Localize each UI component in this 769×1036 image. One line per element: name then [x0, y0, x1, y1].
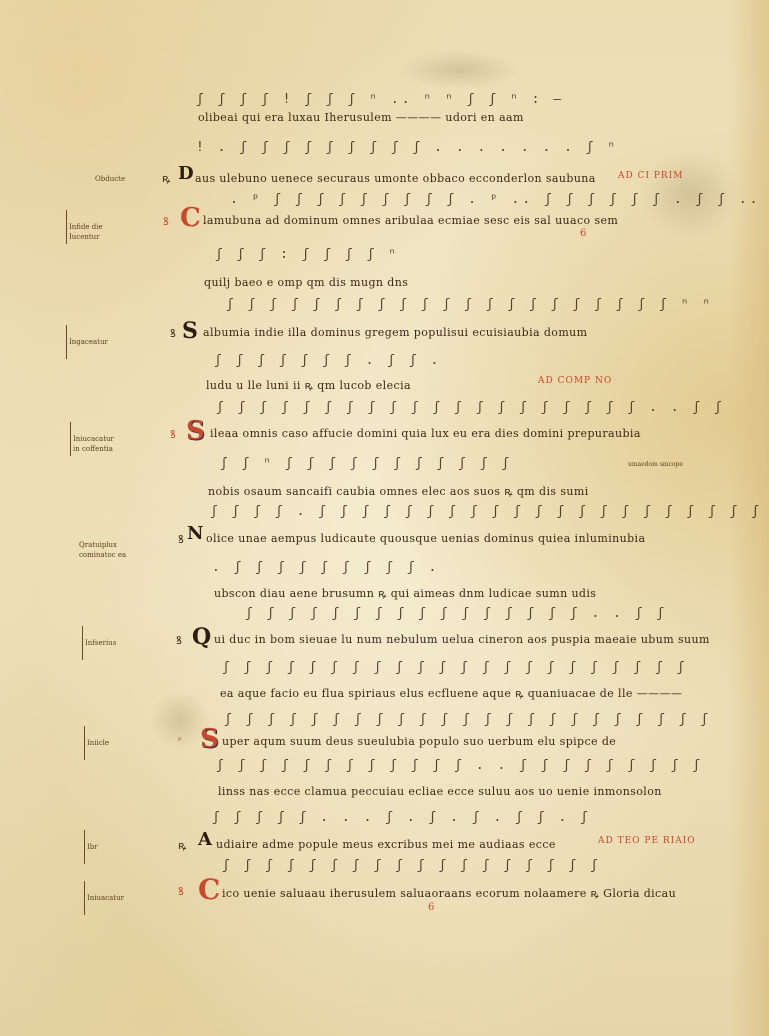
neume-row: ʃ ʃ ʃ ʃ ʃ ʃ ʃ . ʃ ʃ . [214, 353, 441, 368]
interlinear-gloss: umaedom smcope [628, 460, 683, 470]
rubric-label: AD COMP NO [538, 376, 612, 386]
chant-text-line: ileaa omnis caso affucie domini quia lux… [210, 427, 641, 440]
antiphon-mark: ꝸ [178, 532, 184, 547]
neume-row: ʃ ʃ ʃ ʃ ! ʃ ʃ ʃ ⁿ .. ⁿ ⁿ ʃ ʃ ⁿ : — [196, 92, 564, 107]
verse-mark: ꝶ [178, 838, 186, 853]
neume-row: ʃ ʃ ʃ ʃ ʃ ʃ ʃ ʃ ʃ ʃ ʃ ʃ . . ʃ ʃ ʃ ʃ ʃ ʃ … [216, 758, 703, 773]
neume-row: ʃ ʃ ʃ ʃ ʃ ʃ ʃ ʃ ʃ ʃ ʃ ʃ ʃ ʃ ʃ ʃ ʃ ʃ ʃ ʃ … [224, 712, 711, 727]
initial-s-decorated: S [186, 418, 205, 444]
neume-row: ʃ ʃ ʃ ʃ ʃ ʃ ʃ ʃ ʃ ʃ ʃ ʃ ʃ ʃ ʃ ʃ . . ʃ ʃ [245, 606, 667, 621]
chant-text-line: uper aqum suum deus sueulubia populo suo… [222, 735, 616, 748]
margin-note: Ibr [84, 842, 98, 852]
initial-s: S [182, 320, 198, 342]
margin-note: Qratuiplux cominatoc ea [76, 540, 126, 560]
chant-text-line: quilj baeo e omp qm dis mugn dns [204, 276, 408, 289]
antiphon-mark: ꝸ [170, 427, 176, 442]
margin-note: Iniucacatur in coffentia [70, 434, 114, 454]
verse-mark: ꝶ [162, 171, 170, 186]
initial-s-decorated: S [200, 726, 219, 752]
rubric-label: AD CI PRIM [618, 171, 683, 181]
initial-n: N [187, 525, 203, 543]
neume-row: . ʃ ʃ ʃ ʃ ʃ ʃ ʃ ʃ ʃ . [212, 560, 439, 575]
initial-q: Q [192, 626, 211, 648]
chant-text-line: albumia indie illa dominus gregem populi… [203, 326, 587, 339]
neume-row: . ᵖ ʃ ʃ ʃ ʃ ʃ ʃ ʃ ʃ ʃ . ᵖ .. ʃ ʃ ʃ ʃ ʃ ʃ… [230, 192, 769, 207]
antiphon-mark: ꝸ [170, 326, 176, 341]
margin-note: Infide die Iucentur [66, 222, 103, 242]
rubric-label: AD TEO PE RIAIO [598, 836, 696, 846]
antiphon-mark: ꝸ [176, 633, 182, 648]
neume-row: ʃ ʃ ʃ ʃ ʃ . . . ʃ . ʃ . ʃ . ʃ ʃ . ʃ [212, 810, 591, 825]
chant-text-line: ludu u lle luni ii ꝶ qm lucob elecia [206, 378, 411, 393]
neume-row: ʃ ʃ ʃ ʃ ʃ ʃ ʃ ʃ ʃ ʃ ʃ ʃ ʃ ʃ ʃ ʃ ʃ ʃ ʃ ʃ … [222, 660, 688, 675]
neume-row: ʃ ʃ ʃ : ʃ ʃ ʃ ʃ ⁿ [215, 247, 399, 262]
neume-row: ʃ ʃ ʃ ʃ . ʃ ʃ ʃ ʃ ʃ ʃ ʃ ʃ ʃ ʃ ʃ ʃ ʃ ʃ ʃ … [210, 504, 762, 519]
neume-row: ʃ ʃ ʃ ʃ ʃ ʃ ʃ ʃ ʃ ʃ ʃ ʃ ʃ ʃ ʃ ʃ ʃ ʃ [222, 858, 601, 873]
initial-c: C [180, 205, 201, 231]
neume-row: ʃ ʃ ʃ ʃ ʃ ʃ ʃ ʃ ʃ ʃ ʃ ʃ ʃ ʃ ʃ ʃ ʃ ʃ ʃ ʃ … [226, 297, 713, 312]
neume-row: ʃ ʃ ⁿ ʃ ʃ ʃ ʃ ʃ ʃ ʃ ʃ ʃ ʃ ʃ [220, 456, 512, 471]
antiphon-mark: ꝸ [163, 214, 169, 229]
stain [400, 50, 520, 90]
neume-row: ! . ʃ ʃ ʃ ʃ ʃ ʃ ʃ ʃ ʃ . . . . . . . ʃ ⁿ [196, 140, 618, 155]
margin-note: Ingaceatur [66, 337, 108, 347]
margin-note: Iniuacatur [84, 893, 124, 903]
chant-text-line: lamubuna ad dominum omnes aribulaa ecmia… [203, 214, 618, 227]
chant-text-line: ea aque facio eu flua spiriaus elus ecfl… [220, 686, 682, 701]
initial-c: C [198, 876, 220, 904]
antiphon-mark: ꝸ [178, 884, 184, 899]
chant-text-line: aus ulebuno uenece securaus umonte obbac… [195, 172, 596, 185]
chant-text-line: nobis osaum sancaifi caubia omnes elec a… [208, 484, 589, 499]
chant-text-line: olibeai qui era luxau Iherusulem ———— ud… [198, 111, 524, 124]
red-correction-mark: 6 [580, 228, 586, 239]
chant-text-line: linss nas ecce clamua peccuiau ecliae ec… [218, 785, 662, 798]
chant-text-line: ubscon diau aene brusumn ꝶ qui aimeas dn… [214, 586, 596, 601]
red-mark: ᵖ [178, 736, 182, 746]
margin-note: Infserius [82, 638, 116, 648]
initial-a: A [198, 831, 212, 849]
margin-note: Iniicle [84, 738, 109, 748]
chant-text-line: olice unae aempus ludicaute quousque uen… [206, 532, 645, 545]
chant-text-line: ico uenie saluaau iherusulem saluaoraans… [222, 886, 676, 901]
chant-text-line: ui duc in bom sieuae lu num nebulum uelu… [214, 633, 710, 646]
initial-d: D [178, 165, 194, 183]
manuscript-page: Obducte Infide die Iucentur Ingaceatur I… [0, 0, 769, 1036]
margin-note: Obducte [92, 174, 125, 184]
red-correction-mark: 6 [428, 902, 434, 913]
neume-row: ʃ ʃ ʃ ʃ ʃ ʃ ʃ ʃ ʃ ʃ ʃ ʃ ʃ ʃ ʃ ʃ ʃ ʃ ʃ ʃ … [216, 400, 725, 415]
chant-text-line: udiaire adme popule meus excribus mei me… [216, 838, 556, 851]
